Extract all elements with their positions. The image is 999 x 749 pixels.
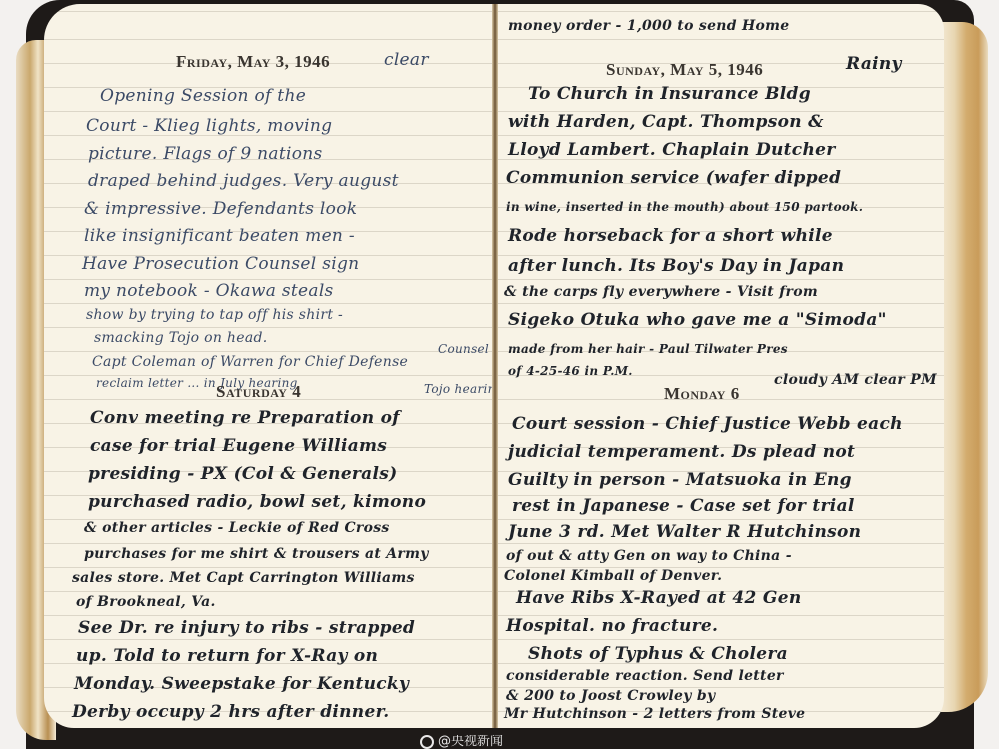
date-header-sunday: Sunday, May 5, 1946 xyxy=(606,60,763,80)
date-header-saturday: Saturday 4 xyxy=(216,382,301,402)
entry-line: picture. Flags of 9 nations xyxy=(88,144,323,164)
entry-line: & impressive. Defendants look xyxy=(84,199,357,219)
entry-line: & 200 to Joost Crowley by xyxy=(506,688,715,704)
entry-line: Hospital. no fracture. xyxy=(506,616,718,636)
entry-line: with Harden, Capt. Thompson & xyxy=(508,112,824,132)
entry-line: Colonel Kimball of Denver. xyxy=(504,568,722,584)
entry-line: show by trying to tap off his shirt - xyxy=(86,307,343,323)
entry-line: Lloyd Lambert. Chaplain Dutcher xyxy=(508,140,835,160)
entry-line: Opening Session of the xyxy=(100,86,306,106)
entry-line: of out & atty Gen on way to China - xyxy=(506,548,792,564)
watermark-text: @央视新闻 xyxy=(438,735,503,749)
weather-note: clear xyxy=(384,50,429,70)
entry-line: sales store. Met Capt Carrington William… xyxy=(72,570,415,586)
entry-line: Monday. Sweepstake for Kentucky xyxy=(74,674,409,694)
date-header-monday: Monday 6 xyxy=(664,384,740,404)
entry-line: after lunch. Its Boy's Day in Japan xyxy=(508,256,844,276)
watermark: @央视新闻 xyxy=(420,735,600,749)
entry-line: Court session - Chief Justice Webb each xyxy=(512,414,903,434)
entry-line: draped behind judges. Very august xyxy=(88,171,399,191)
entry-line: Have Ribs X-Rayed at 42 Gen xyxy=(516,588,801,608)
entry-line: smacking Tojo on head. xyxy=(94,330,268,346)
entry-line: considerable reaction. Send letter xyxy=(506,668,784,684)
entry-line: case for trial Eugene Williams xyxy=(90,436,387,456)
entry-line: presiding - PX (Col & Generals) xyxy=(88,464,397,484)
entry-line: of 4-25-46 in P.M. xyxy=(508,364,633,378)
entry-line: purchases for me shirt & trousers at Arm… xyxy=(84,546,429,562)
entry-line: in wine, inserted in the mouth) about 15… xyxy=(506,200,863,214)
diary-page-right: money order - 1,000 to send Home Sunday,… xyxy=(498,4,944,728)
entry-line: & other articles - Leckie of Red Cross xyxy=(84,520,390,536)
entry-line: Rode horseback for a short while xyxy=(508,226,833,246)
entry-line: Court - Klieg lights, moving xyxy=(86,116,332,136)
entry-line: See Dr. re injury to ribs - strapped xyxy=(78,618,415,638)
weather-note: cloudy AM clear PM xyxy=(774,372,937,388)
entry-line: Shots of Typhus & Cholera xyxy=(528,644,788,664)
entry-line: Communion service (wafer dipped xyxy=(506,168,841,188)
entry-line: of Brookneal, Va. xyxy=(76,594,216,610)
entry-line: like insignificant beaten men - xyxy=(84,226,355,246)
entry-line: my notebook - Okawa steals xyxy=(84,281,334,301)
entry-line: rest in Japanese - Case set for trial xyxy=(512,496,855,516)
entry-line: Guilty in person - Matsuoka in Eng xyxy=(508,470,852,490)
entry-line: Conv meeting re Preparation of xyxy=(90,408,400,428)
entry-line: judicial temperament. Ds plead not xyxy=(508,442,855,462)
entry-line: June 3 rd. Met Walter R Hutchinson xyxy=(508,522,861,542)
weather-note: Rainy xyxy=(846,54,902,74)
margin-note: Counsel xyxy=(438,342,489,356)
top-note: money order - 1,000 to send Home xyxy=(508,18,790,34)
entry-line: Have Prosecution Counsel sign xyxy=(82,254,359,274)
entry-line: & the carps fly everywhere - Visit from xyxy=(504,284,818,300)
entry-line: Capt Coleman of Warren for Chief Defense xyxy=(92,354,408,370)
entry-line: To Church in Insurance Bldg xyxy=(528,84,811,104)
margin-note: Tojo hearing xyxy=(424,382,494,396)
entry-line: Sigeko Otuka who gave me a "Simoda" xyxy=(508,310,887,330)
diary-page-left: Friday, May 3, 1946 clear Opening Sessio… xyxy=(44,4,494,728)
entry-line: Derby occupy 2 hrs after dinner. xyxy=(72,702,390,722)
entry-line: up. Told to return for X-Ray on xyxy=(76,646,378,666)
entry-line: Mr Hutchinson - 2 letters from Steve xyxy=(504,706,805,722)
entry-line: purchased radio, bowl set, kimono xyxy=(88,492,426,512)
entry-line: made from her hair - Paul Tilwater Pres xyxy=(508,342,788,356)
weibo-logo-icon xyxy=(420,735,434,749)
page-edges-right xyxy=(940,22,988,712)
date-header-friday: Friday, May 3, 1946 xyxy=(176,52,330,72)
